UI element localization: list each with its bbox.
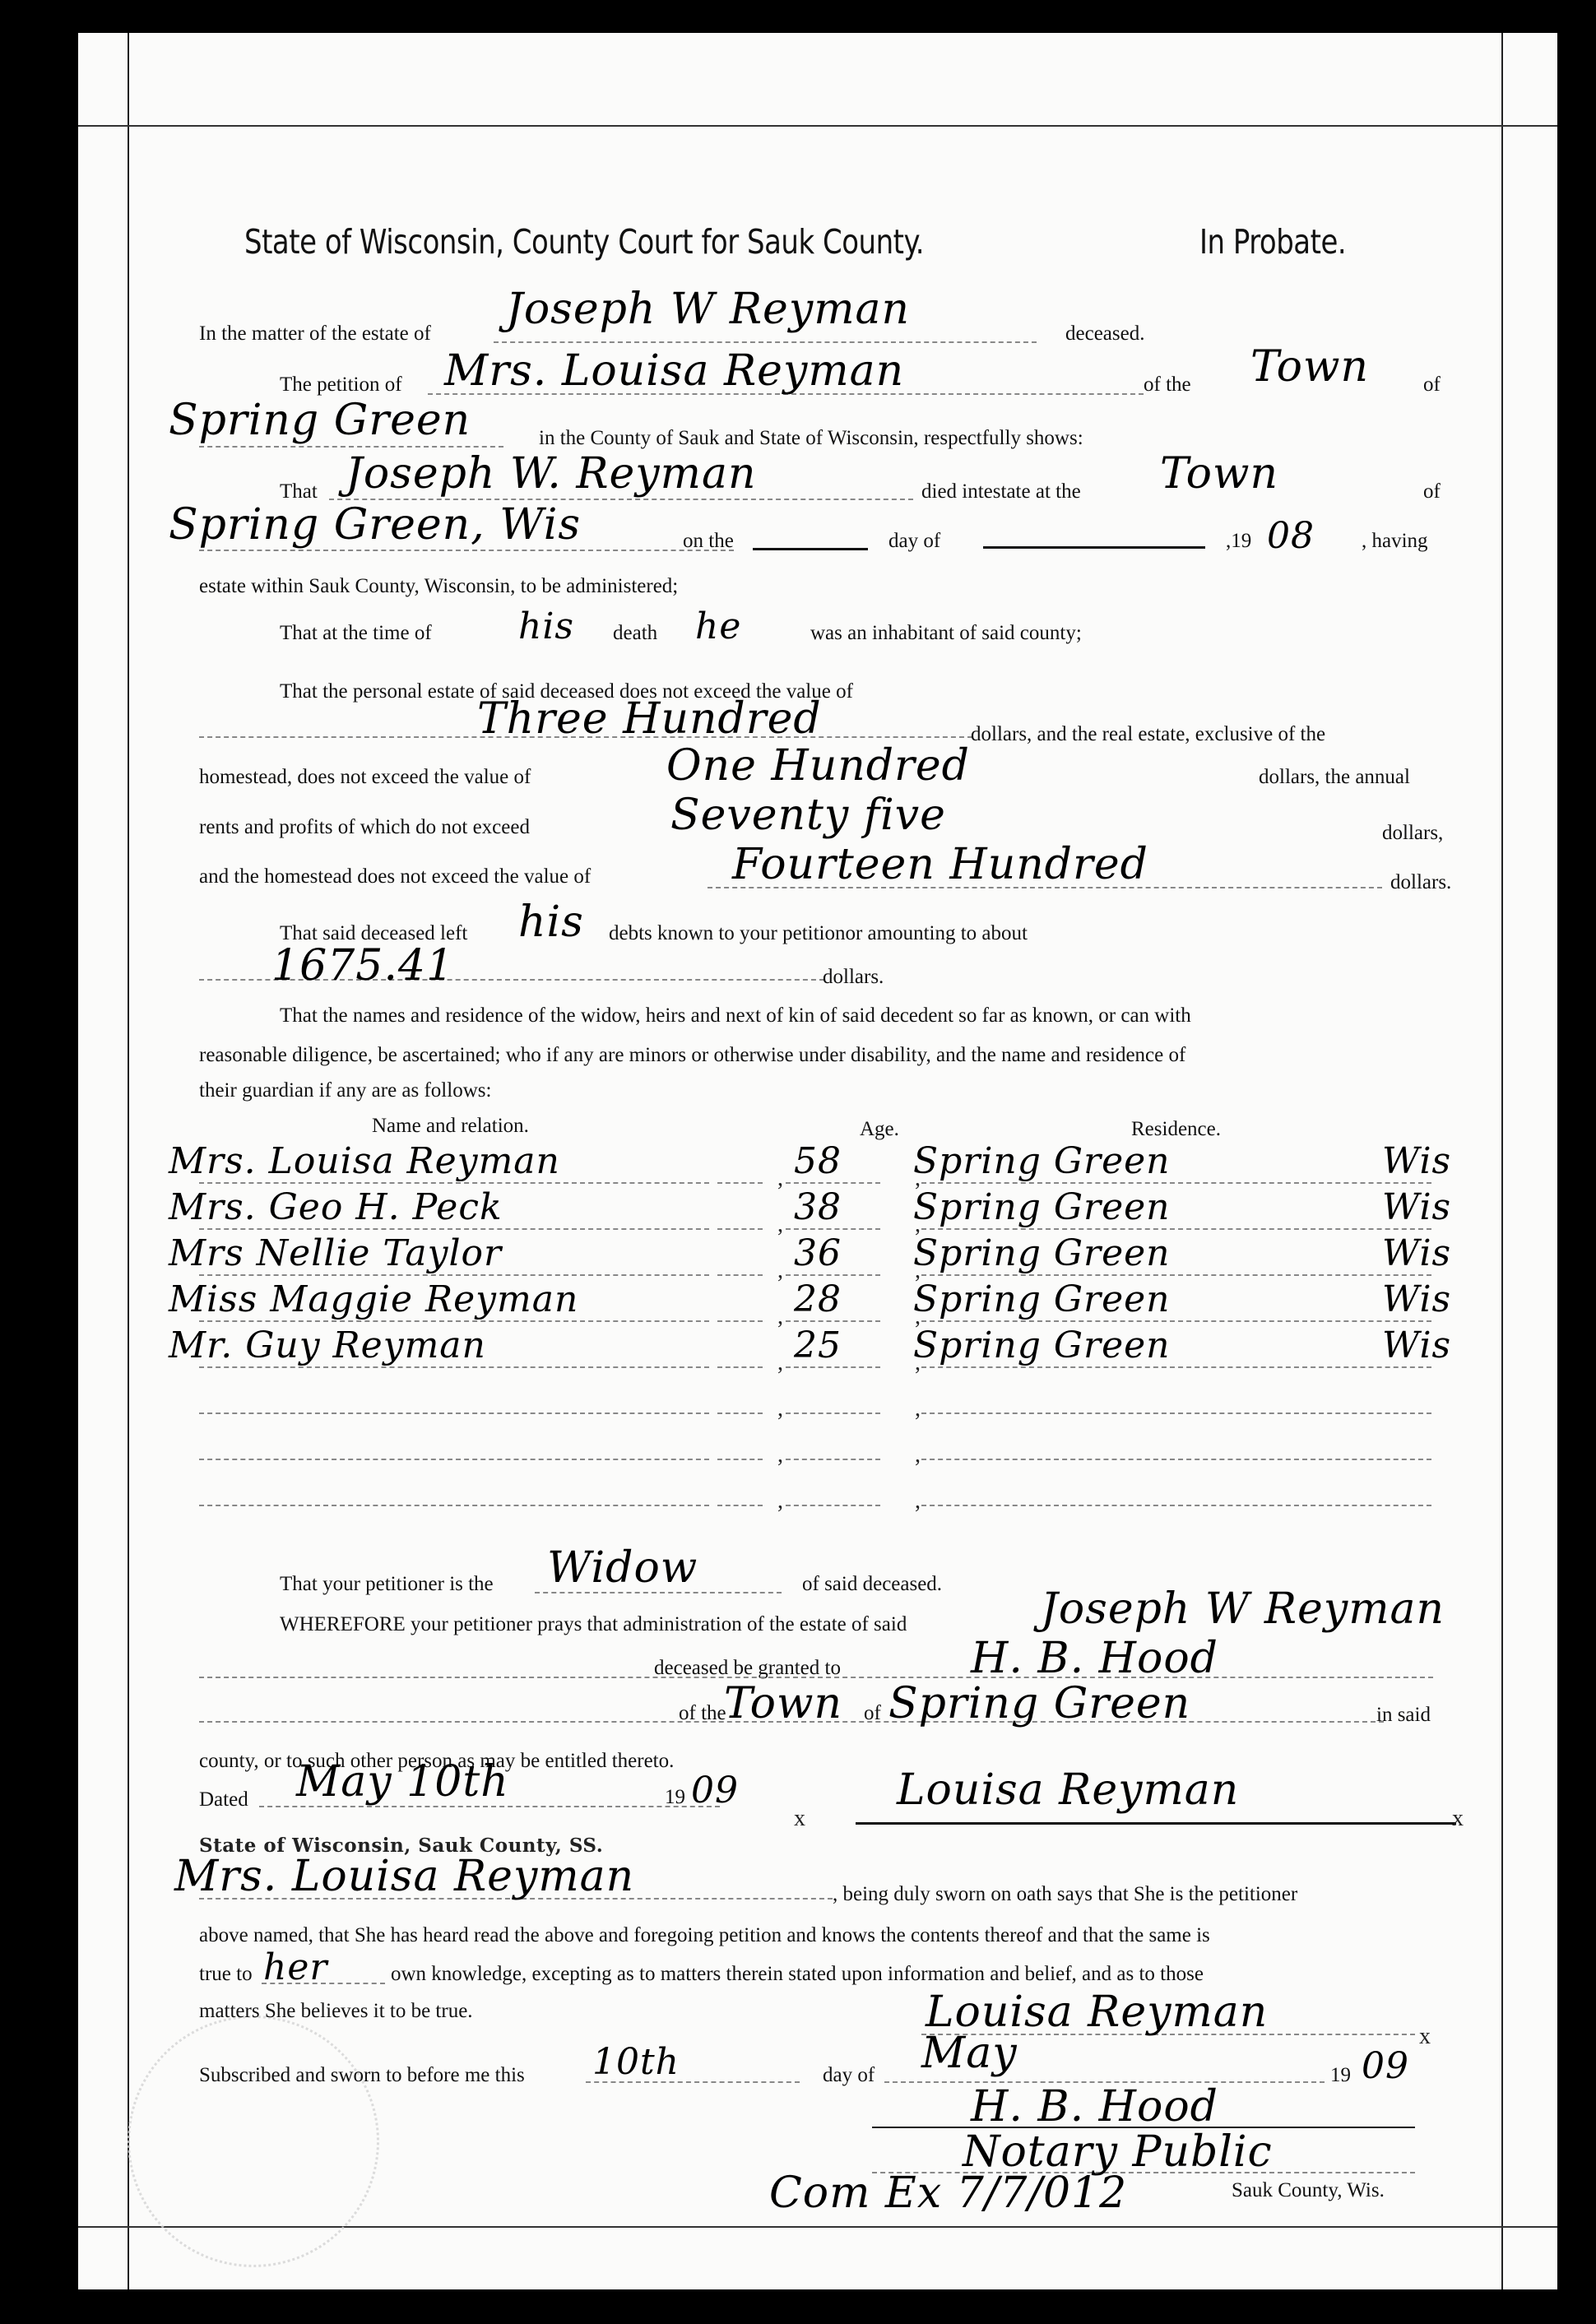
row-separator: , [777, 1442, 783, 1468]
row-underline [921, 1412, 1431, 1414]
homestead-value: Fourteen Hundred [732, 843, 1148, 886]
jurat-day: 10th [592, 2044, 680, 2080]
row-separator: , [915, 1488, 921, 1515]
notary-seal-impression [128, 2016, 379, 2267]
row-underline [786, 1274, 880, 1276]
row-underline [717, 1182, 763, 1184]
row-underline [199, 1412, 709, 1414]
of-label-3: of [864, 1703, 881, 1723]
row-underline [921, 1182, 1431, 1184]
row-separator: , [777, 1488, 783, 1515]
row-underline [717, 1320, 763, 1322]
notary-county: Sauk County, Wis. [1232, 2180, 1385, 2201]
right-margin-rule [1501, 33, 1503, 2289]
heirs-intro-2: reasonable diligence, be ascertained; wh… [199, 1045, 1185, 1065]
jurat-label-b: day of [823, 2065, 875, 2085]
col-header-age: Age. [860, 1119, 899, 1139]
oath-line-2: above named, that She has heard read the… [199, 1925, 1210, 1946]
estate-suffix: deceased. [1065, 323, 1144, 344]
estate-prefix: In the matter of the estate of [199, 323, 431, 344]
row-separator: , [777, 1258, 783, 1284]
heir-name: Mrs. Geo H. Peck [169, 1190, 503, 1226]
wherefore-label: WHEREFORE your petitioner prays that adm… [280, 1614, 907, 1635]
debts-amount: 1675.41 [271, 944, 454, 987]
town-name-underline [199, 446, 503, 448]
heir-residence: Spring Green [913, 1328, 1171, 1364]
notary-signature: H. B. Hood [971, 2085, 1218, 2128]
row-underline [786, 1182, 880, 1184]
row-underline [717, 1459, 763, 1460]
row-separator: , [777, 1304, 783, 1330]
died-place-underline [199, 550, 734, 551]
col-header-residence: Residence. [1131, 1119, 1221, 1139]
heir-residence: Spring Green [913, 1190, 1171, 1226]
heir-state: Wis [1382, 1236, 1451, 1272]
row-underline [786, 1228, 880, 1230]
of-label-2: of [1423, 481, 1441, 502]
heir-name: Mrs Nellie Taylor [169, 1236, 502, 1272]
death-year: 08 [1267, 518, 1315, 554]
row-underline [199, 1182, 709, 1184]
on-the-label: on the [683, 531, 734, 551]
rents-profits-value: Seventy five [670, 794, 946, 837]
pronoun-he: he [695, 609, 741, 645]
that-label: That [280, 481, 318, 502]
signature-line-1 [856, 1822, 1456, 1825]
oath-line-3b: own knowledge, excepting as to matters t… [391, 1964, 1204, 1984]
signature-mark-left: x [794, 1806, 805, 1832]
row-separator: , [915, 1442, 921, 1468]
annual-label: dollars, the annual [1259, 767, 1410, 787]
row-underline [921, 1505, 1431, 1506]
row-separator: , [777, 1166, 783, 1192]
granted-to-label: deceased be granted to [654, 1658, 841, 1678]
relation-value: Widow [547, 1547, 698, 1589]
jurat-month: May [921, 2032, 1018, 2075]
row-underline [199, 1274, 709, 1276]
heir-age: 28 [794, 1282, 842, 1318]
row-underline [717, 1366, 763, 1368]
heir-state: Wis [1382, 1143, 1451, 1180]
page-title-suffix: In Probate. [1199, 222, 1346, 262]
heirs-intro-3: their guardian if any are as follows: [199, 1080, 491, 1101]
petitioner-signature: Louisa Reyman [897, 1769, 1239, 1811]
row-underline [717, 1505, 763, 1506]
pronoun-his: his [518, 609, 574, 645]
top-rule [78, 125, 1557, 127]
heir-state: Wis [1382, 1328, 1451, 1364]
row-separator: , [915, 1396, 921, 1422]
day-of-label: day of [888, 531, 940, 551]
year-prefix: ,19 [1226, 531, 1251, 551]
heir-state: Wis [1382, 1282, 1451, 1318]
row-underline [717, 1412, 763, 1414]
affiant-mark: x [1419, 2024, 1431, 2050]
day-blank [753, 548, 868, 550]
of-label: of [1423, 374, 1441, 395]
affiant-name: Mrs. Louisa Reyman [174, 1855, 634, 1898]
heir-age: 36 [794, 1236, 842, 1272]
petitioner-name: Mrs. Louisa Reyman [444, 350, 904, 392]
petition-label: The petition of [280, 374, 402, 395]
row-underline [786, 1412, 880, 1414]
row-separator: , [777, 1212, 783, 1238]
col-header-name: Name and relation. [372, 1116, 529, 1136]
homestead-label: homestead, does not exceed the value of [199, 767, 531, 787]
personal-estate-value: Three Hundred [477, 698, 822, 740]
relation-label-a: That your petitioner is the [280, 1574, 494, 1594]
oath-line-1: , being duly sworn on oath says that She… [833, 1884, 1297, 1904]
row-underline [199, 1505, 709, 1506]
jurat-year: 09 [1362, 2048, 1409, 2085]
row-underline [717, 1274, 763, 1276]
dollars-label-2: dollars. [1390, 872, 1451, 893]
heirs-intro-1: That the names and residence of the wido… [280, 1005, 1191, 1026]
in-said-label: in said [1376, 1705, 1431, 1725]
admin-place-type: Town [724, 1682, 842, 1725]
jurat-label-a: Subscribed and sworn to before me this [199, 2065, 525, 2085]
heir-name: Miss Maggie Reyman [169, 1282, 578, 1318]
of-the-label: of the [1144, 374, 1191, 395]
row-underline [717, 1228, 763, 1230]
row-underline [199, 1320, 709, 1322]
notary-title: Notary Public [963, 2131, 1273, 2173]
row-underline [921, 1366, 1431, 1368]
relation-label-b: of said deceased. [802, 1574, 942, 1594]
row-underline [921, 1459, 1431, 1460]
died-place: Spring Green, Wis [169, 503, 581, 546]
dollars-label-1: dollars, [1382, 823, 1443, 843]
commission-expiry: Com Ex 7/7/012 [769, 2172, 1127, 2215]
dated-year-prefix: 19 [665, 1787, 685, 1807]
row-underline [199, 1366, 709, 1368]
heir-residence: Spring Green [913, 1236, 1171, 1272]
estate-within-statement: estate within Sauk County, Wisconsin, to… [199, 576, 678, 596]
oath-pronoun: her [263, 1950, 327, 1986]
row-underline [786, 1320, 880, 1322]
heir-name: Mrs. Louisa Reyman [169, 1143, 560, 1180]
oath-line-4: matters She believes it to be true. [199, 2001, 473, 2021]
decedent-name: Joseph W Reyman [506, 288, 910, 331]
admin-place: Spring Green [888, 1682, 1190, 1725]
row-separator: , [777, 1350, 783, 1376]
heir-age: 38 [794, 1190, 842, 1226]
left-margin-rule [128, 33, 129, 2289]
rents-label: rents and profits of which do not exceed [199, 817, 530, 837]
heir-residence: Spring Green [913, 1143, 1171, 1180]
dated-date: May 10th [296, 1760, 509, 1803]
having-label: , having [1362, 531, 1428, 551]
county-statement: in the County of Sauk and State of Wisco… [539, 428, 1083, 448]
real-estate-label: dollars, and the real estate, exclusive … [971, 724, 1325, 745]
heir-age: 58 [794, 1143, 842, 1180]
town-name: Spring Green [169, 399, 471, 442]
heir-residence: Spring Green [913, 1282, 1171, 1318]
died-place-type: Town [1160, 452, 1278, 495]
affiant-signature: Louisa Reyman [926, 1991, 1268, 2034]
heir-state: Wis [1382, 1190, 1451, 1226]
page-title: State of Wisconsin, County Court for Sau… [244, 222, 924, 262]
row-underline [786, 1459, 880, 1460]
heir-age: 25 [794, 1328, 842, 1364]
estate-underline [494, 341, 1037, 343]
debts-pronoun: his [518, 901, 584, 944]
wherefore-decedent: Joseph W Reyman [1041, 1588, 1445, 1631]
row-underline [786, 1505, 880, 1506]
row-underline [786, 1366, 880, 1368]
jurat-year-prefix: 19 [1330, 2065, 1351, 2085]
row-underline [199, 1228, 709, 1230]
decedent-name-2: Joseph W. Reyman [346, 452, 756, 495]
debts-label-c: dollars. [823, 967, 884, 987]
signature-mark-right: x [1452, 1806, 1464, 1832]
row-underline [921, 1228, 1431, 1230]
died-intestate-label: died intestate at the [921, 481, 1081, 502]
row-underline [921, 1274, 1431, 1276]
homestead-value-label: and the homestead does not exceed the va… [199, 866, 591, 887]
debts-label-b: debts known to your petitionor amounting… [609, 923, 1028, 944]
dated-label: Dated [199, 1789, 248, 1810]
administrator-name: H. B. Hood [971, 1637, 1218, 1680]
oath-line-3a: true to [199, 1964, 253, 1984]
town-word: Town [1250, 346, 1369, 388]
inhabitant-label-a: That at the time of [280, 623, 432, 643]
real-estate-value: One Hundred [666, 745, 970, 787]
row-underline [199, 1459, 709, 1460]
row-underline [921, 1320, 1431, 1322]
inhabitant-label-b: death [613, 623, 657, 643]
administrator-underline [199, 1677, 1433, 1678]
heir-name: Mr. Guy Reyman [169, 1328, 486, 1364]
month-blank [983, 546, 1205, 549]
dated-year: 09 [691, 1773, 739, 1809]
row-separator: , [777, 1396, 783, 1422]
inhabitant-label-c: was an inhabitant of said county; [810, 623, 1082, 643]
